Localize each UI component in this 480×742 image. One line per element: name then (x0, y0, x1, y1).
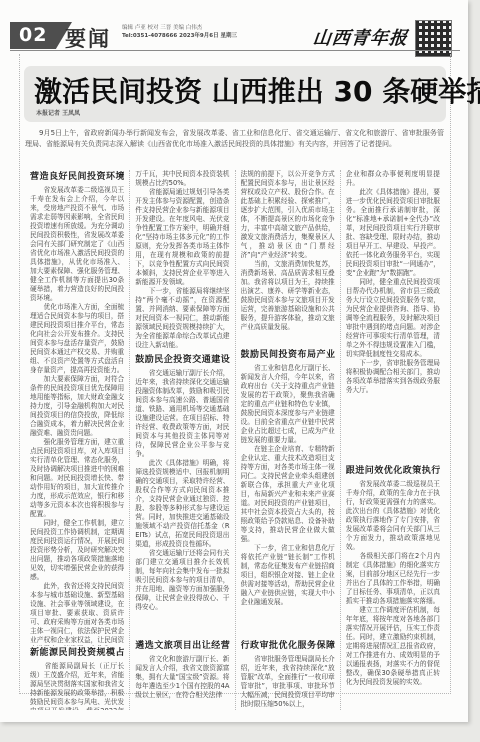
body-text: 省审批服务管理局副局长介绍，近年来，我省持续深化“放管服”改革，全面推行“一枚印… (241, 655, 335, 710)
newspaper-page: 02 要闻 编辑 卢亚 校对 三晋 美编 白伟杰 Tel:0351-407866… (0, 0, 468, 722)
header-rule (10, 50, 460, 51)
page-header: 02 要闻 编辑 卢亚 校对 三晋 美编 白伟杰 Tel:0351-407866… (10, 22, 460, 48)
section-heading-policy-followup: 跟进问效优化政策执行落地 (346, 465, 440, 479)
column-4: 企业和群众办事便利度明显提升。 此次《具体措施》提出，要进一步优化民间投资项目审… (340, 170, 445, 710)
headline-box: 激活民间投资 山西推出 30 条硬举措 本报记者 王凤凤 (24, 66, 446, 122)
qr-code-icon (415, 20, 452, 57)
section-title: 要闻 (65, 23, 111, 53)
body-text: 万千瓦，其中民间资本投资装机规模占比约50%。 省能源局通过规划引导各类开发主体… (135, 170, 229, 353)
column-3: 法规的前提下，以公开竞争方式配置民间资本参与，出让景区经营权或设立产权、股份合作… (235, 170, 340, 710)
body-text: 省工业和信息化厅副厅长、新闻发言人介绍，今年以来，省政府出台《关于支持重点产业链… (241, 364, 335, 639)
body-text: 法规的前提下，以公开竞争方式配置民间资本参与，出让景区经营权或设立产权、股份合作… (241, 170, 335, 348)
article-byline: 本报记者 王凤凤 (36, 108, 80, 117)
section-heading-new-energy: 新能源民间投资规模占比 50% (30, 647, 124, 661)
article-lede: 9月5日上午，省政府新闻办举行新闻发布会，省发展改革委、省工业和信息化厅、省交通… (25, 128, 444, 166)
section-heading-transport: 鼓励民企投资交通建设 (135, 354, 229, 368)
section-heading-invest-environment: 营造良好民间投资环境 (30, 171, 124, 185)
body-text: 企业和群众办事便利度明显提升。 此次《具体措施》提出，要进一步优化民间投资项目审… (346, 170, 440, 464)
column-1: 营造良好民间投资环境 省发展改革委二级巡视员王千寿在发布会上介绍，今年以来，受房… (25, 170, 129, 710)
section-heading-approval-service: 行政审批优化服务保障 (241, 640, 335, 654)
masthead-logo: 山西青年报 (312, 24, 410, 50)
tel-and-date: Tel:0351-4078666 2023年9月6日 星期三 (122, 32, 302, 41)
body-text: 省发展改革委二级巡视员王千寿介绍，政策的生命力在于执行，好政策更需强有力的落实。… (346, 480, 440, 710)
article-headline: 激活民间投资 山西推出 30 条硬举措 (34, 70, 436, 110)
body-text: 省文化和旅游厅副厅长、新闻发言人介绍，我省文旅资源富集，拥有大量“国宝级”资源。… (135, 655, 229, 710)
body-text: 省交通运输厅副厅长介绍，近年来，我省持续深化交通运输投融资体制改革，鼓励和吸引民… (135, 369, 229, 639)
editor-info: 编辑 卢亚 校对 三晋 美编 白伟杰 Tel:0351-4078666 2023… (122, 25, 302, 41)
section-heading-industry-chain: 鼓励民间投资布局产业链 (241, 349, 335, 363)
page-number: 02 (19, 24, 47, 46)
body-text: 省发展改革委二级巡视员王千寿在发布会上介绍，今年以来，受房地产投资不景气、市场需… (30, 186, 124, 646)
article-columns: 营造良好民间投资环境 省发展改革委二级巡视员王千寿在发布会上介绍，今年以来，受房… (25, 170, 445, 710)
frame-right-border (450, 54, 451, 694)
body-text: 省能源局副局长（正厅长级）王茂盛介绍，近年来，省能源局坚决贯彻落实国家和我省支持… (30, 662, 124, 710)
frame-left-border (19, 54, 20, 694)
editor-names: 编辑 卢亚 校对 三晋 美编 白伟杰 (122, 25, 302, 32)
page-number-badge: 02 (10, 22, 72, 49)
section-heading-tourism: 遴选文旅项目出让经营权 (135, 640, 229, 654)
column-2: 万千瓦，其中民间资本投资装机规模占比约50%。 省能源局通过规划引导各类开发主体… (129, 170, 234, 710)
